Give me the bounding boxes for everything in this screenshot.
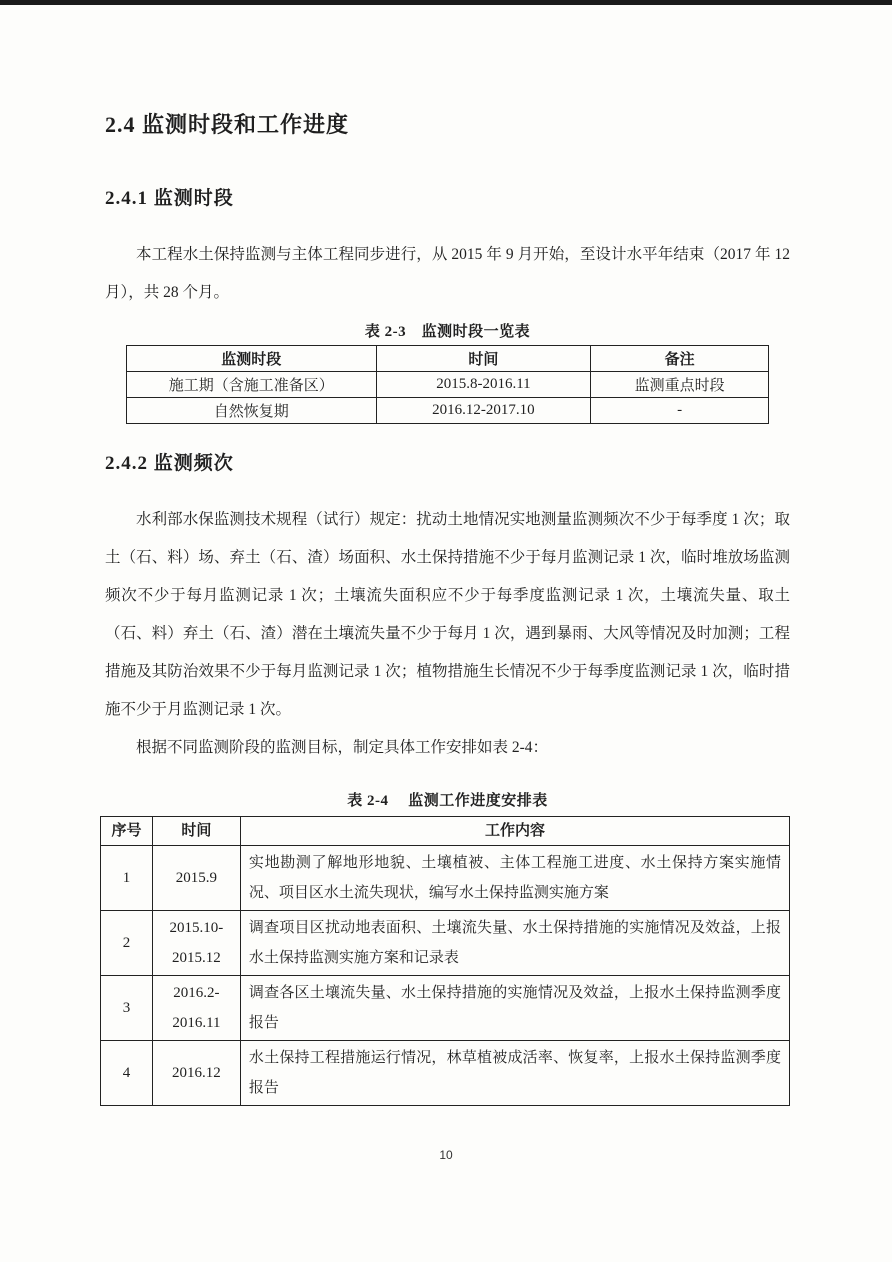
table-cell-time: 2015.10-2015.12 (152, 911, 240, 976)
table-cell-time: 2015.9 (152, 846, 240, 911)
table-cell-work: 调查项目区扰动地表面积、土壤流失量、水土保持措施的实施情况及效益，上报水土保持监… (240, 911, 789, 976)
table-2-4-header-index: 序号 (101, 817, 153, 846)
table-2-3-caption: 表 2-3 监测时段一览表 (105, 320, 790, 341)
table-cell-period: 自然恢复期 (127, 398, 377, 424)
table-cell-index: 3 (101, 976, 153, 1041)
page-number: 10 (0, 1148, 892, 1162)
section-heading-2-4-2: 2.4.2 监测频次 (105, 448, 790, 475)
table-cell-work: 调查各区土壤流失量、水土保持措施的实施情况及效益，上报水土保持监测季度报告 (240, 976, 789, 1041)
table-cell-time: 2015.8-2016.11 (376, 372, 591, 398)
table-cell-index: 4 (101, 1041, 153, 1106)
section-heading-2-4: 2.4 监测时段和工作进度 (105, 108, 790, 139)
table-cell-work: 水土保持工程措施运行情况，林草植被成活率、恢复率，上报水土保持监测季度报告 (240, 1041, 789, 1106)
table-2-3: 监测时段 时间 备注 施工期（含施工准备区） 2015.8-2016.11 监测… (126, 345, 769, 424)
table-2-3-header-period: 监测时段 (127, 346, 377, 372)
paragraph-table-2-4-lead: 根据不同监测阶段的监测目标，制定具体工作安排如表 2-4： (105, 729, 790, 767)
table-row: 自然恢复期 2016.12-2017.10 - (127, 398, 769, 424)
table-row: 1 2015.9 实地勘测了解地形地貌、土壤植被、主体工程施工进度、水土保持方案… (101, 846, 790, 911)
table-cell-index: 1 (101, 846, 153, 911)
paragraph-monitoring-frequency: 水利部水保监测技术规程（试行）规定：扰动土地情况实地测量监测频次不少于每季度 1… (105, 501, 790, 729)
table-2-4-header-work: 工作内容 (240, 817, 789, 846)
table-2-4: 序号 时间 工作内容 1 2015.9 实地勘测了解地形地貌、土壤植被、主体工程… (100, 816, 790, 1106)
table-cell-period: 施工期（含施工准备区） (127, 372, 377, 398)
table-cell-note: - (591, 398, 769, 424)
table-cell-time: 2016.2-2016.11 (152, 976, 240, 1041)
paragraph-monitoring-period: 本工程水土保持监测与主体工程同步进行，从 2015 年 9 月开始，至设计水平年… (105, 236, 790, 312)
table-2-4-header-time: 时间 (152, 817, 240, 846)
table-cell-index: 2 (101, 911, 153, 976)
table-row: 4 2016.12 水土保持工程措施运行情况，林草植被成活率、恢复率，上报水土保… (101, 1041, 790, 1106)
table-2-3-header-note: 备注 (591, 346, 769, 372)
document-page: 2.4 监测时段和工作进度 2.4.1 监测时段 本工程水土保持监测与主体工程同… (0, 0, 892, 1106)
table-row: 3 2016.2-2016.11 调查各区土壤流失量、水土保持措施的实施情况及效… (101, 976, 790, 1041)
table-cell-time: 2016.12-2017.10 (376, 398, 591, 424)
table-2-3-header-time: 时间 (376, 346, 591, 372)
table-row: 2 2015.10-2015.12 调查项目区扰动地表面积、土壤流失量、水土保持… (101, 911, 790, 976)
table-2-3-header-row: 监测时段 时间 备注 (127, 346, 769, 372)
table-row: 施工期（含施工准备区） 2015.8-2016.11 监测重点时段 (127, 372, 769, 398)
section-heading-2-4-1: 2.4.1 监测时段 (105, 183, 790, 210)
table-cell-work: 实地勘测了解地形地貌、土壤植被、主体工程施工进度、水土保持方案实施情况、项目区水… (240, 846, 789, 911)
window-top-edge (0, 0, 892, 5)
table-cell-time: 2016.12 (152, 1041, 240, 1106)
table-2-4-header-row: 序号 时间 工作内容 (101, 817, 790, 846)
table-cell-note: 监测重点时段 (591, 372, 769, 398)
table-2-4-caption: 表 2-4 监测工作进度安排表 (105, 789, 790, 810)
